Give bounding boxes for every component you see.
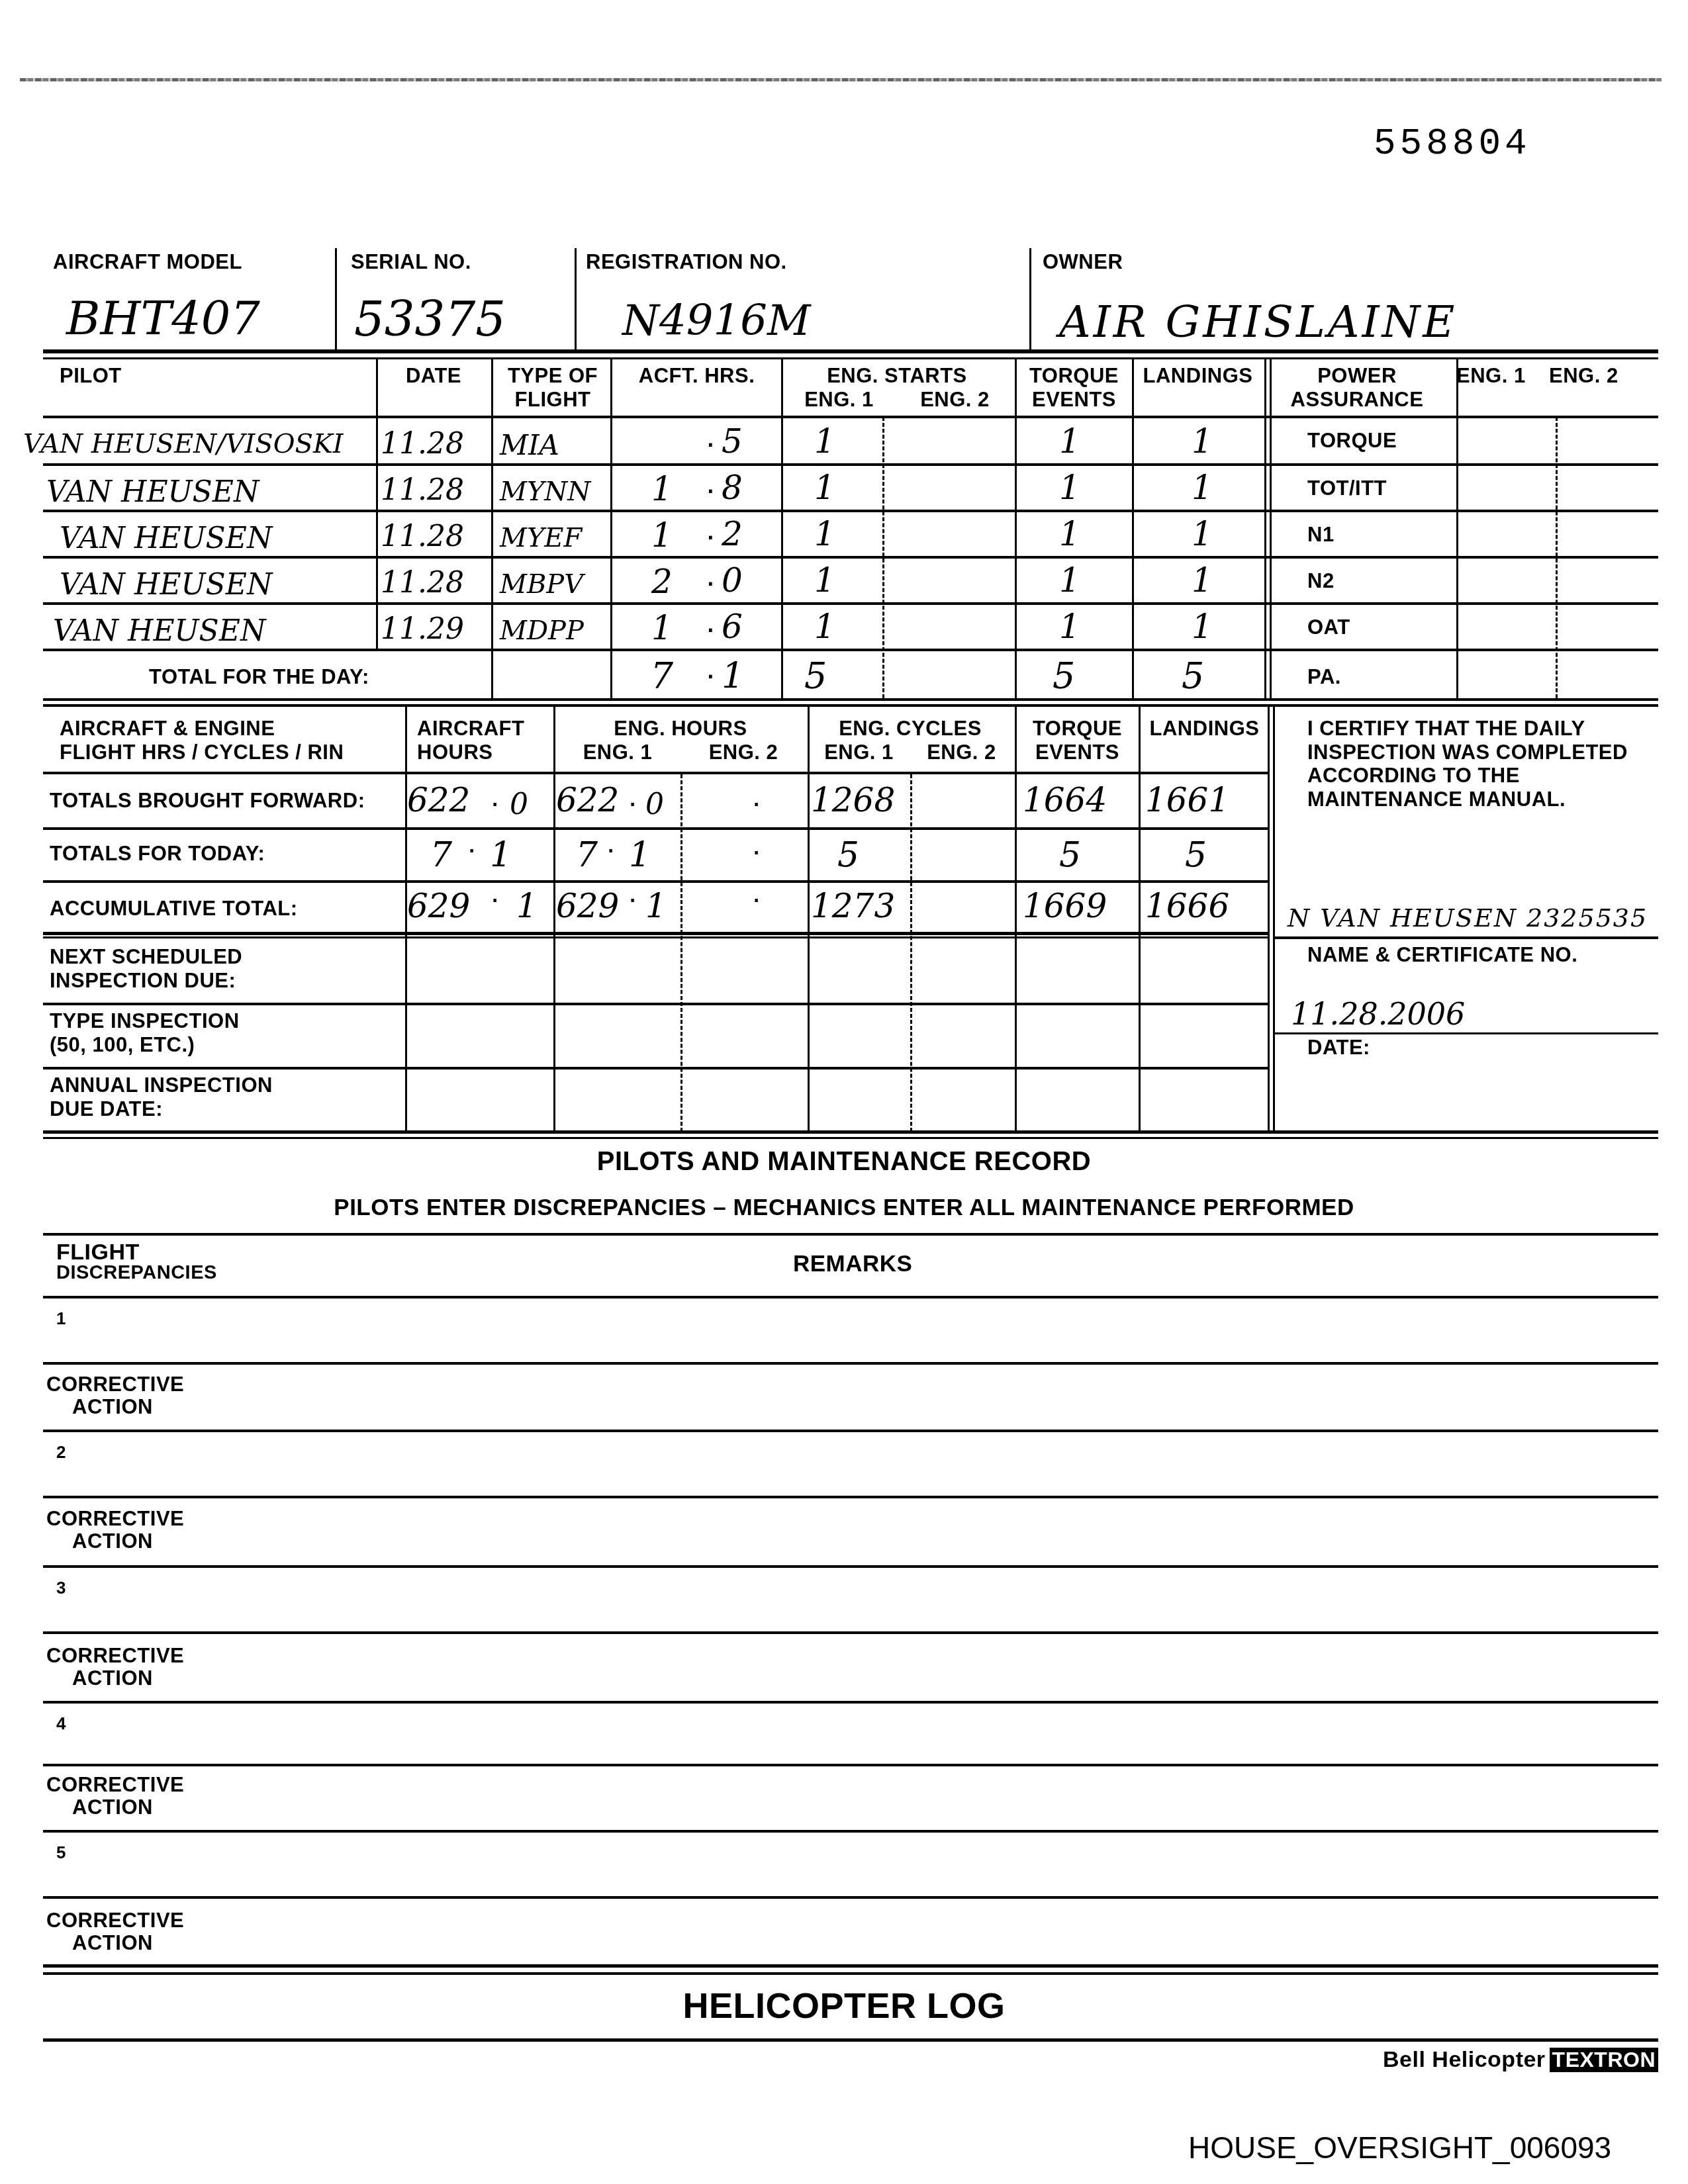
torque-events: 1: [1059, 608, 1080, 646]
landings: 1666: [1145, 887, 1229, 925]
torque-events: 1: [1059, 515, 1080, 553]
aircraft-model-label: AIRCRAFT MODEL: [53, 250, 242, 274]
acft-hrs-int: 1: [622, 609, 702, 647]
pilot-name: VAN HEUSEN: [60, 522, 272, 555]
eng1-hours-dec: 0: [645, 788, 664, 821]
discrepancy-remark-3[interactable]: [199, 1570, 1655, 1629]
landings: 5: [1185, 835, 1207, 875]
eng1-cycles: 5: [837, 835, 859, 875]
col-landings: LANDINGS: [1133, 364, 1262, 388]
col-remarks: REMARKS: [793, 1251, 912, 1277]
certify-date-label: DATE:: [1307, 1036, 1370, 1060]
bell-textron-logo: Bell Helicopter TEXTRON: [1383, 2047, 1658, 2073]
corrective-action-3[interactable]: [199, 1637, 1655, 1696]
col-torque-events: TORQUE EVENTS: [1016, 717, 1139, 764]
col-aircraft-hours: AIRCRAFT HOURS: [417, 717, 524, 764]
flight-date: 11.28: [381, 566, 464, 600]
pa-row-label: N2: [1307, 569, 1335, 593]
col-eng-hours: ENG. HOURS ENG. 1ENG. 2: [555, 717, 806, 764]
maintenance-subtitle: PILOTS ENTER DISCREPANCIES – MECHANICS E…: [0, 1195, 1688, 1221]
torque-events: 1: [1059, 422, 1080, 461]
eng1-cycles: 1268: [811, 781, 895, 819]
discrepancy-remark-5[interactable]: [199, 1835, 1655, 1895]
acft-hrs-dec: 0: [722, 561, 743, 600]
aircraft-hours-int: 629: [407, 887, 470, 925]
total-eng1-starts: 5: [804, 655, 827, 697]
row-label: ACCUMULATIVE TOTAL:: [50, 897, 298, 921]
acft-hrs-dec: 8: [722, 469, 743, 507]
aircraft-hours-int: 7: [430, 835, 452, 875]
total-torque-events: 5: [1053, 655, 1075, 697]
col-power-assurance: POWER ASSURANCE: [1274, 364, 1440, 411]
torque-events: 5: [1059, 835, 1081, 875]
serial-no-value: 53375: [354, 291, 506, 347]
flight-type: MIA: [500, 429, 559, 461]
landings: 1: [1192, 469, 1213, 507]
col-acft-hrs: ACFT. HRS.: [612, 364, 781, 388]
pa-row-label: TORQUE: [1307, 429, 1397, 453]
flight-date: 11.28: [381, 520, 464, 553]
flight-type: MYNN: [500, 477, 590, 507]
total-hrs-int: 7: [622, 655, 702, 697]
acft-hrs-int: 1: [622, 516, 702, 555]
eng1-hours-dec: 1: [629, 835, 651, 875]
owner-value: AIR GHISLAINE: [1059, 296, 1457, 347]
corrective-action-label: CORRECTIVE ACTION: [46, 1774, 179, 1819]
pilot-name: VAN HEUSEN/VISOSKI: [23, 429, 344, 459]
flight-date: 11.28: [381, 427, 464, 461]
col-pa-eng2: ENG. 2: [1549, 364, 1618, 388]
eng1-cycles: 1273: [811, 887, 895, 925]
pilot-name: VAN HEUSEN: [46, 475, 259, 509]
pa-row-label: OAT: [1307, 615, 1350, 639]
corrective-action-1[interactable]: [199, 1367, 1655, 1426]
aircraft-hours-dec: 0: [510, 788, 528, 821]
aircraft-hours-dec: 1: [516, 887, 538, 925]
eng1-starts: 1: [814, 469, 835, 507]
aircraft-model-value: BHT407: [66, 291, 260, 345]
landings: 1661: [1145, 781, 1229, 819]
col-date: DATE: [377, 364, 490, 388]
eng1-hours-int: 7: [576, 835, 598, 875]
acft-hrs-dec: 6: [722, 608, 743, 646]
discrepancy-remark-1[interactable]: [199, 1300, 1655, 1360]
eng1-starts: 1: [814, 422, 835, 461]
corrective-action-2[interactable]: [199, 1501, 1655, 1561]
flight-type: MBPV: [500, 569, 583, 600]
acft-hrs-dec: 5: [722, 422, 743, 461]
helicopter-log-title: HELICOPTER LOG: [0, 1985, 1688, 2026]
aircraft-hours-dec: 1: [490, 835, 512, 875]
landings: 1: [1192, 515, 1213, 553]
torque-events: 1664: [1023, 781, 1107, 819]
discrepancy-remark-4[interactable]: [199, 1706, 1655, 1766]
col-pilot: PILOT: [60, 364, 122, 388]
landings: 1: [1192, 561, 1213, 600]
bates-number: HOUSE_OVERSIGHT_006093: [1188, 2130, 1611, 2165]
pa-row-label: N1: [1307, 523, 1335, 547]
corrective-action-label: CORRECTIVE ACTION: [46, 1909, 179, 1954]
col-landings: LANDINGS: [1140, 717, 1269, 741]
eng1-hours-int: 629: [556, 887, 619, 925]
brand-name: Bell Helicopter: [1383, 2047, 1546, 2073]
pilot-name: VAN HEUSEN: [60, 568, 272, 602]
torque-events: 1: [1059, 561, 1080, 600]
row-label: TOTALS BROUGHT FORWARD:: [50, 789, 365, 813]
maintenance-title: PILOTS AND MAINTENANCE RECORD: [0, 1146, 1688, 1177]
total-landings: 5: [1182, 655, 1204, 697]
discrepancy-number: 3: [56, 1578, 66, 1598]
corrective-action-label: CORRECTIVE ACTION: [46, 1373, 179, 1418]
discrepancy-remark-2[interactable]: [199, 1435, 1655, 1494]
registration-no-label: REGISTRATION NO.: [586, 250, 787, 274]
col-type-of-flight: TYPE OF FLIGHT: [493, 364, 612, 411]
scan-artifact-line: [20, 78, 1662, 81]
corrective-action-4[interactable]: [199, 1769, 1655, 1829]
pa-row-label: PA.: [1307, 665, 1341, 689]
eng1-starts: 1: [814, 608, 835, 646]
inspector-signature: N VAN HEUSEN 2325535: [1288, 903, 1648, 933]
brand-box: TEXTRON: [1550, 2048, 1658, 2072]
flight-date: 11.28: [381, 473, 464, 507]
eng1-starts: 1: [814, 561, 835, 600]
col-eng-starts: ENG. STARTS ENG. 1ENG. 2: [781, 364, 1013, 411]
discrepancy-number: 2: [56, 1443, 66, 1463]
torque-events: 1: [1059, 469, 1080, 507]
pa-row-label: TOT/ITT: [1307, 477, 1387, 500]
corrective-action-5[interactable]: [199, 1901, 1655, 1961]
acft-hrs-int: 2: [622, 563, 702, 601]
col-torque-events: TORQUE EVENTS: [1016, 364, 1132, 411]
corrective-action-label: CORRECTIVE ACTION: [46, 1508, 179, 1553]
total-hrs-dec: 1: [722, 655, 744, 697]
acft-hrs-int: 1: [622, 470, 702, 508]
total-for-day-label: TOTAL FOR THE DAY:: [149, 665, 369, 689]
annual-inspection-label: ANNUAL INSPECTION DUE DATE:: [50, 1073, 273, 1120]
discrepancy-number: 5: [56, 1843, 66, 1863]
eng1-hours-dec: 1: [645, 887, 667, 925]
type-inspection-label: TYPE INSPECTION (50, 100, ETC.): [50, 1009, 240, 1056]
corrective-action-label: CORRECTIVE ACTION: [46, 1645, 179, 1690]
discrepancy-number: 1: [56, 1309, 66, 1329]
col-eng-cycles: ENG. CYCLES ENG. 1ENG. 2: [808, 717, 1013, 764]
flight-type: MYEF: [500, 523, 582, 553]
acft-hrs-dec: 2: [722, 515, 743, 553]
flight-date: 11.29: [381, 612, 464, 646]
totals-title: AIRCRAFT & ENGINE FLIGHT HRS / CYCLES / …: [60, 717, 344, 764]
col-pa-eng1: ENG. 1: [1456, 364, 1526, 388]
col-flight-discrepancies: FLIGHT DISCREPANCIES: [56, 1241, 217, 1283]
serial-no-label: SERIAL NO.: [351, 250, 471, 274]
aircraft-hours-int: 622: [407, 781, 470, 819]
flight-type: MDPP: [500, 615, 584, 646]
torque-events: 1669: [1023, 887, 1107, 925]
landings: 1: [1192, 608, 1213, 646]
eng1-hours-int: 622: [556, 781, 619, 819]
discrepancy-number: 4: [56, 1714, 66, 1734]
registration-no-value: N4916M: [622, 296, 810, 345]
next-scheduled-inspection-label: NEXT SCHEDULED INSPECTION DUE:: [50, 945, 242, 992]
name-certificate-label: NAME & CERTIFICATE NO.: [1307, 943, 1577, 967]
landings: 1: [1192, 422, 1213, 461]
certify-date-value: 11.28.2006: [1291, 996, 1465, 1032]
row-label: TOTALS FOR TODAY:: [50, 842, 265, 866]
eng1-starts: 1: [814, 515, 835, 553]
certify-statement: I CERTIFY THAT THE DAILY INSPECTION WAS …: [1307, 717, 1628, 811]
pilot-name: VAN HEUSEN: [53, 614, 265, 648]
owner-label: OWNER: [1043, 250, 1123, 274]
document-number: 558804: [1374, 122, 1531, 165]
